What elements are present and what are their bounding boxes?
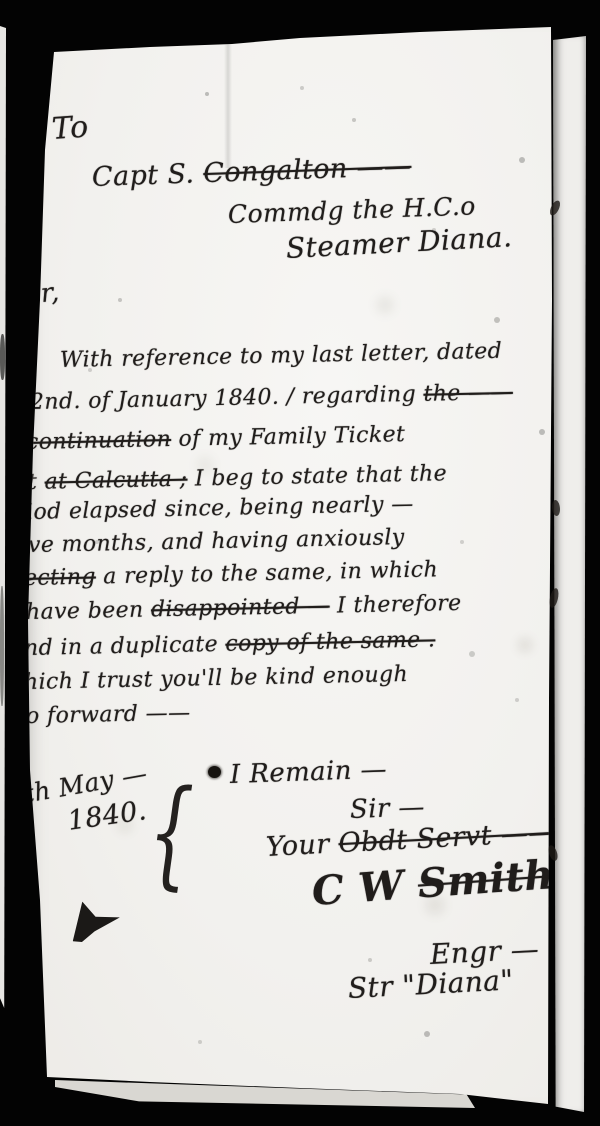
ink-blot <box>208 766 221 778</box>
letter-page: To Capt S. Congalton —— Commdg the H.C.o… <box>0 0 600 1126</box>
closing-line-sir: Sir — <box>349 792 425 825</box>
foxing-stains <box>0 0 10 10</box>
body-line: t at Calcutta ; I beg to state that the <box>28 461 448 495</box>
underlying-page-edge-right <box>553 36 586 1112</box>
body-line: o forward —— <box>26 701 191 729</box>
scan-background: To Capt S. Congalton —— Commdg the H.C.o… <box>0 0 600 1126</box>
dateline-year: 1840. <box>66 795 149 837</box>
salutation-fragment: Sir, <box>12 277 60 312</box>
closing-line-remain: I Remain — <box>229 755 387 790</box>
body-line: With reference to my last letter, dated <box>60 339 503 373</box>
body-line: nd in a duplicate copy of the same . <box>24 627 436 661</box>
address-line-vessel: Steamer Diana. <box>285 220 513 265</box>
address-line-recipient: Capt S. Congalton —— <box>91 151 411 193</box>
dateline-brace: { <box>147 762 195 903</box>
body-line: hich I trust you'll be kind enough <box>24 662 409 695</box>
paper-tear-mark <box>67 897 122 944</box>
body-line: ve months, and having anxiously <box>28 525 405 558</box>
address-line-to: To <box>51 109 90 146</box>
closing-line-vessel: Str "Diana" <box>347 963 514 1005</box>
body-line: 2nd. of January 1840. / regarding the —— <box>30 380 513 415</box>
body-line: continuation of my Family Ticket <box>26 422 406 455</box>
dust-specks <box>0 0 4 4</box>
adjacent-page-edge-left <box>0 26 6 1008</box>
body-line: have been disappointed — I therefore <box>26 591 462 625</box>
body-line: iod elapsed since, being nearly — <box>26 492 414 525</box>
handwriting-layer: To Capt S. Congalton —— Commdg the H.C.o… <box>0 0 600 1126</box>
body-line: ecting a reply to the same, in which <box>24 557 439 591</box>
